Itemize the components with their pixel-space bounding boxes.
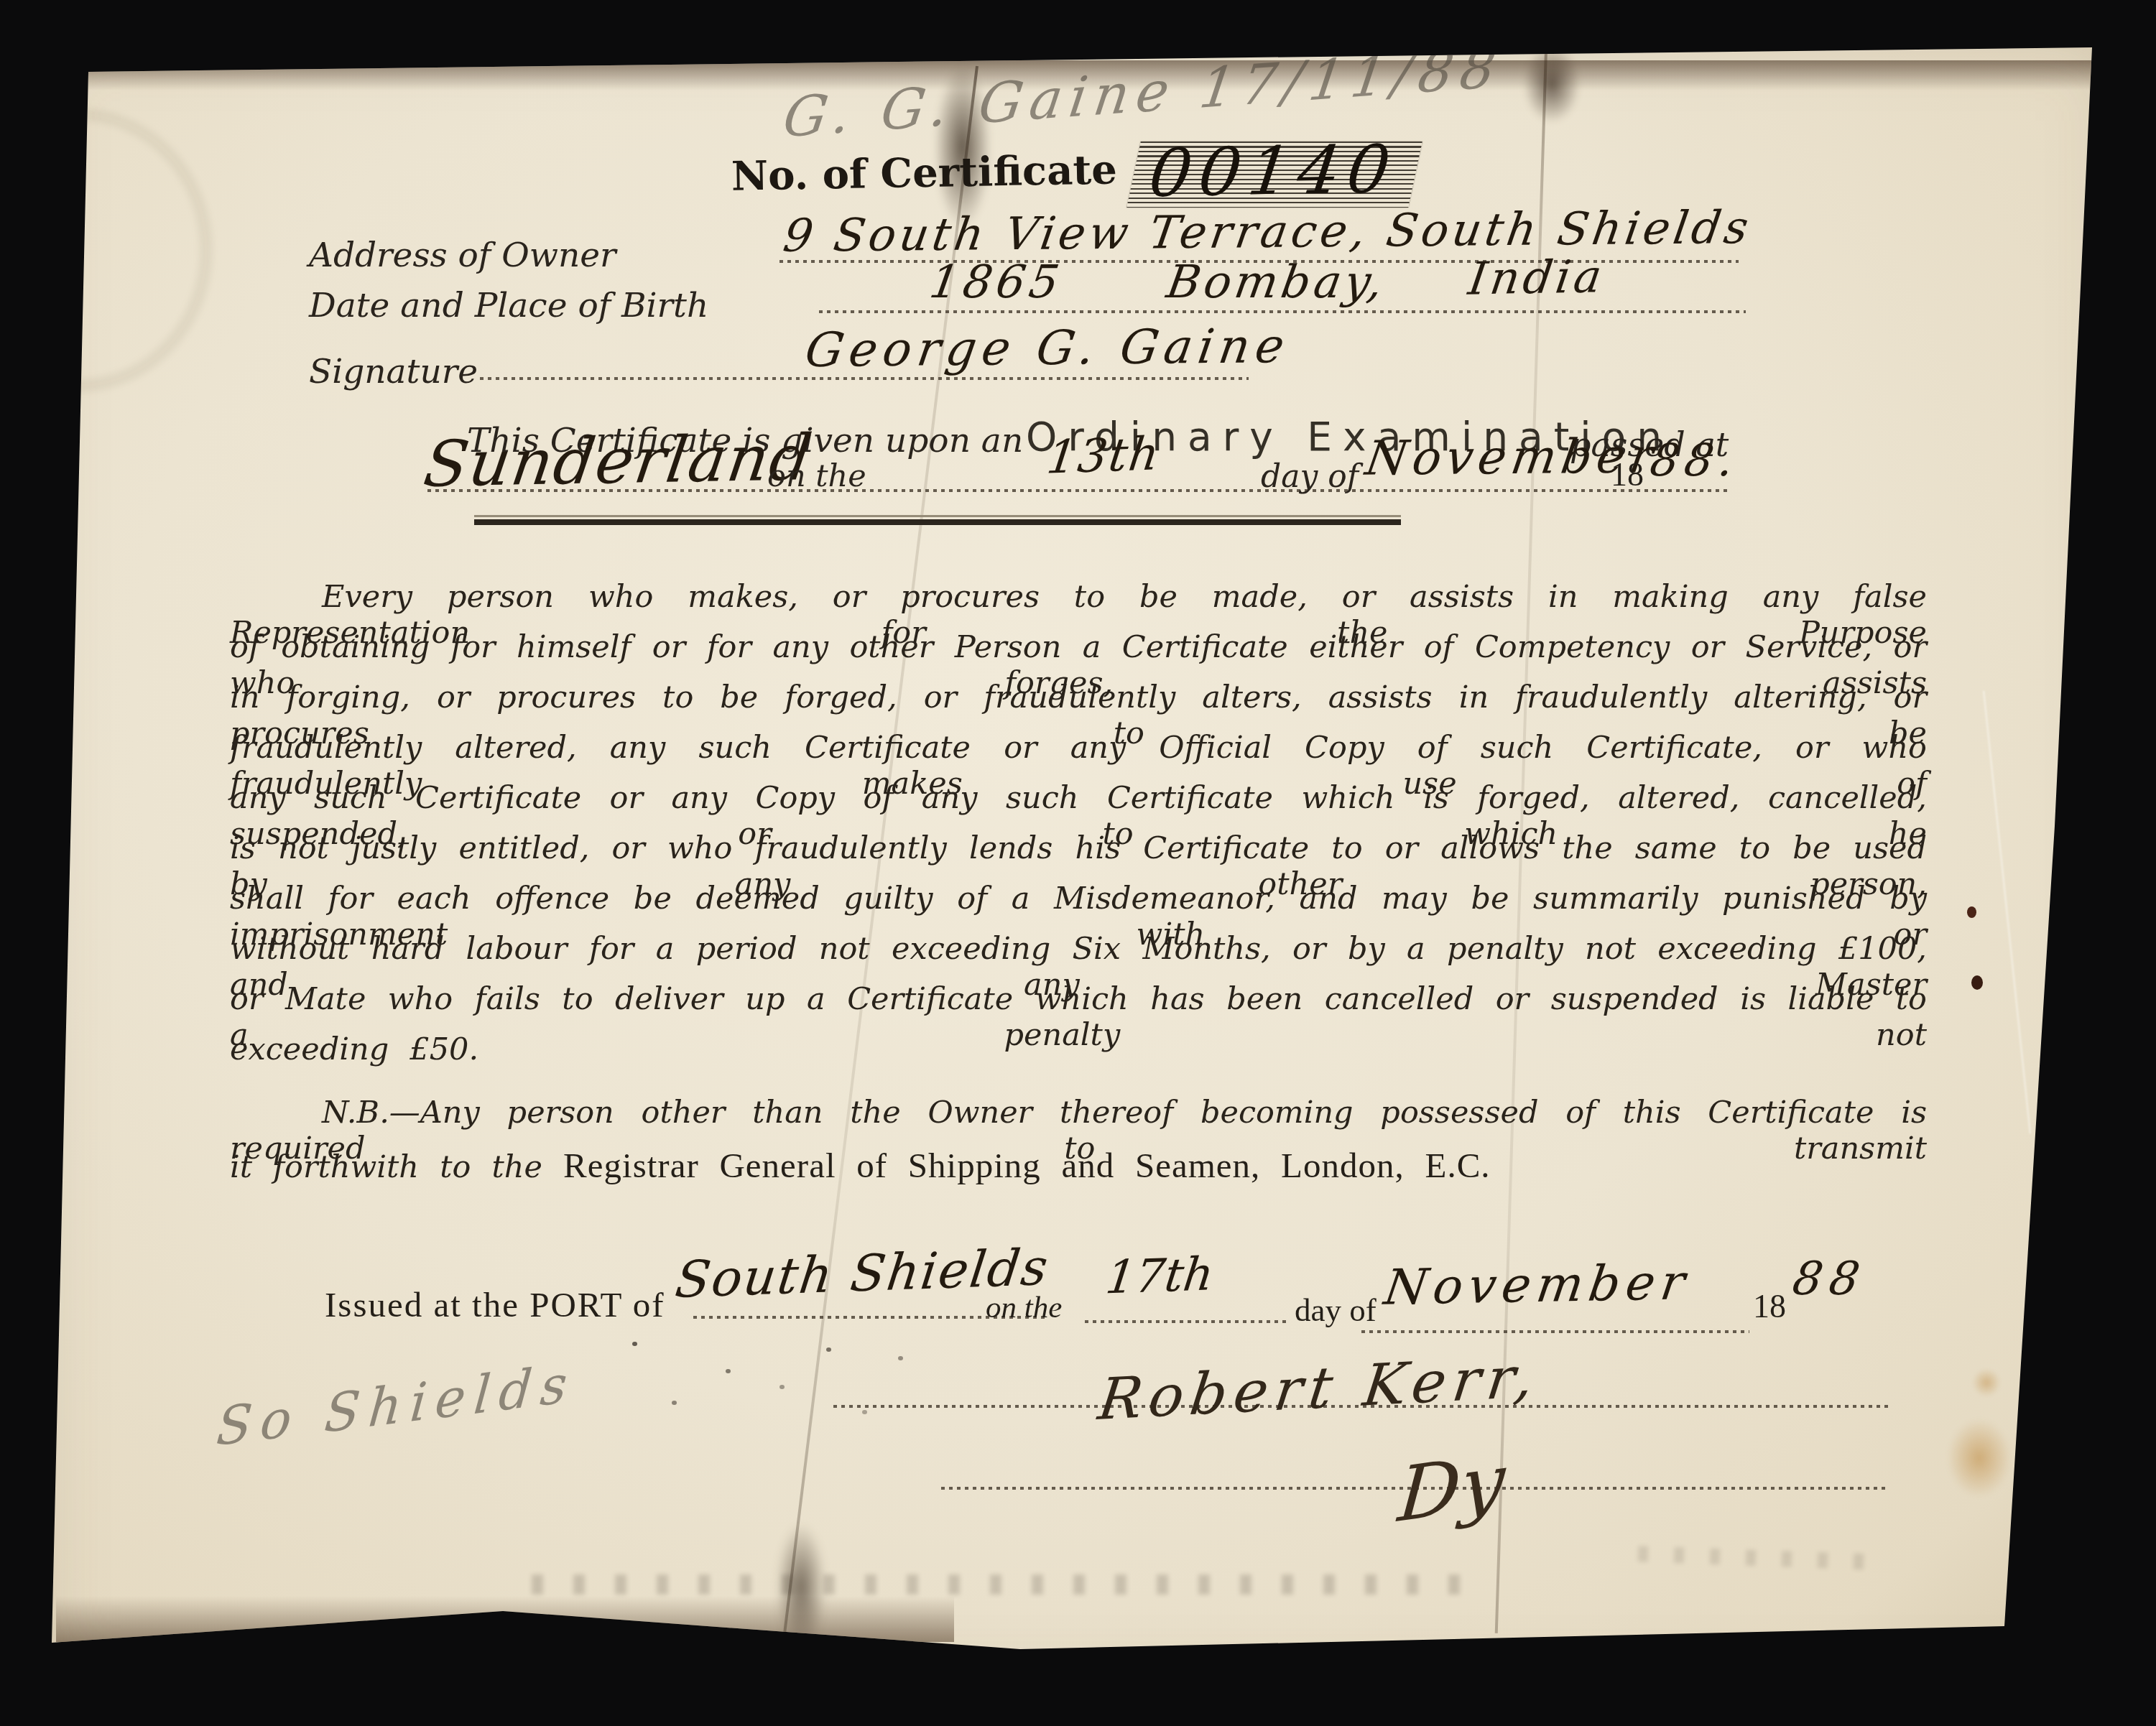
- certificate-number-label: No. of Certificate: [731, 146, 1117, 200]
- dark-speck-1: [1967, 906, 1976, 918]
- exam-day-of: day of: [1261, 458, 1359, 495]
- crinkle-highlight: [1983, 691, 2032, 1134]
- issue-on-the: on the: [986, 1290, 1062, 1325]
- registrar-general-text: Registrar General of Shipping and Seamen…: [563, 1146, 1491, 1185]
- nb-line-2-italic: it forthwith to the: [230, 1149, 563, 1185]
- issue-day-of: day of: [1295, 1291, 1377, 1329]
- signature-rule: [480, 377, 1249, 380]
- birth-label: Date and Place of Birth: [309, 286, 708, 325]
- nb-line-2: it forthwith to the Registrar General of…: [230, 1145, 1927, 1198]
- exam-on-the: on the: [767, 458, 866, 494]
- birth-year-value: 1865: [926, 256, 1067, 308]
- legal-line: any such Certificate or any Copy of any …: [230, 780, 1927, 830]
- issue-day-value: 17th: [1103, 1248, 1216, 1304]
- legal-line: exceeding £50.: [230, 1031, 1927, 1082]
- legal-line: is not justly entitled, or who fraudulen…: [230, 830, 1927, 881]
- bleed-through-band-2: [1638, 1546, 1876, 1570]
- birth-city-value: Bombay,: [1163, 256, 1390, 308]
- owner-signature-value: George G. Gaine: [802, 318, 1294, 378]
- issued-at-port-label: Issued at the PORT of: [325, 1284, 665, 1325]
- legal-line: without hard labour for a period not exc…: [230, 931, 1927, 981]
- ink-speck-row-1: [632, 1342, 637, 1346]
- nb-paragraph: N.B.—Any person other than the Owner the…: [230, 1095, 1927, 1198]
- legal-paragraph: Every person who makes, or procures to b…: [230, 579, 1927, 1082]
- certificate-number-box: 00140: [1126, 141, 1422, 208]
- double-rule-light: [474, 515, 1401, 517]
- bottom-edge-shadow: [56, 1596, 954, 1642]
- official-signature: Robert Kerr,: [1095, 1343, 1544, 1433]
- legal-line: in forging, or procures to be forged, or…: [230, 679, 1927, 730]
- birth-rule: [819, 310, 1746, 313]
- issue-year-printed: 18: [1753, 1287, 1786, 1325]
- bleed-through-band: [532, 1574, 1487, 1595]
- nb-line-1: N.B.—Any person other than the Owner the…: [230, 1095, 1927, 1145]
- photo-of-certificate: { "annotations": { "pencil_top": "G. G. …: [0, 0, 2156, 1726]
- exam-year-printed: 18: [1611, 455, 1644, 493]
- exam-day-value: 13th: [1044, 427, 1163, 484]
- legal-line: or Mate who fails to deliver up a Certif…: [230, 981, 1927, 1031]
- issue-month-rule: [1361, 1330, 1749, 1333]
- double-rule-dark: [474, 519, 1401, 525]
- certificate-paper: G. G. Gaine 17/11/88 No. of Certificate …: [0, 0, 2156, 1726]
- birth-country-value: India: [1466, 250, 1609, 305]
- legal-line: of obtaining for himself or for any othe…: [230, 629, 1927, 679]
- ochre-stain-small: [1972, 1368, 2001, 1397]
- certificate-number-value: 00140: [1145, 131, 1402, 212]
- watermark-circle: [0, 108, 213, 392]
- exam-year-written: 88.: [1647, 434, 1743, 486]
- issue-month-value: November: [1381, 1254, 1694, 1316]
- legal-line: shall for each offence be deemed guilty …: [230, 881, 1927, 931]
- legal-line: fraudulently altered, any such Certifica…: [230, 730, 1927, 780]
- ochre-stain: [1947, 1419, 2012, 1498]
- exam-place-value: Sunderland: [420, 420, 818, 501]
- issue-day-rule: [1085, 1320, 1286, 1323]
- address-value: 9 South View Terrace, South Shields: [780, 201, 1756, 262]
- issue-year-written: 88: [1789, 1253, 1870, 1306]
- dark-speck-2: [1971, 975, 1983, 990]
- pencil-port-annotation: So Shields: [214, 1353, 578, 1458]
- deputy-mark: Dy: [1395, 1437, 1508, 1539]
- signature-label: Signature: [309, 352, 478, 391]
- address-label: Address of Owner: [309, 236, 616, 275]
- legal-line: Every person who makes, or procures to b…: [230, 579, 1927, 629]
